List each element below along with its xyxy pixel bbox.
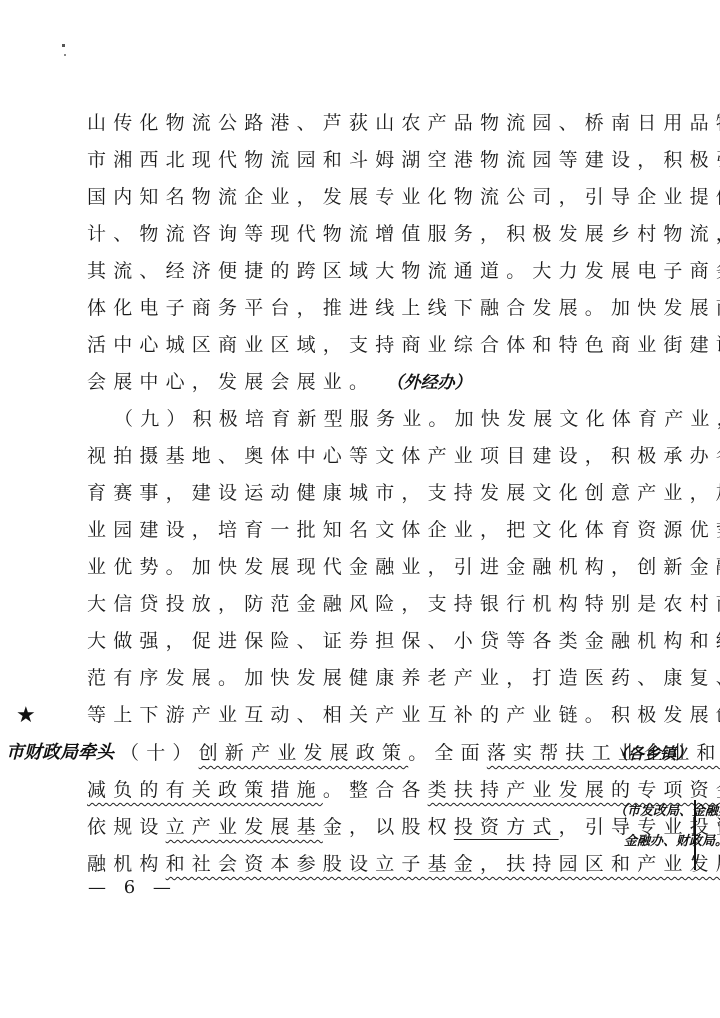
- text-segment: 。整合各: [323, 779, 428, 801]
- text-line: 视拍摄基地、奥体中心等文体产业项目建设，积极承办各类重大体: [87, 444, 632, 468]
- underlined-text: 类扶持产业发展的专项资金: [428, 779, 720, 801]
- text-line: 会展中心，发展会展业。 （外经办）: [87, 370, 473, 395]
- section-10-line-4: 融机构和社会资本参股设立子基金，扶持园区和产业发展。构建: [87, 852, 632, 876]
- text-line: 市湘西北现代物流园和斗姆湖空港物流园等建设，积极引进国际: [87, 148, 632, 172]
- underlined-text: 减负的有关政策措施: [87, 779, 323, 801]
- star-mark-icon: ★: [16, 703, 36, 728]
- section-heading-line: （九）积极培育新型服务业。加快发展文化体育产业，推进影: [114, 407, 632, 431]
- text-line: 大做强，促进保险、证券担保、小贷等各类金融机构和组织依法规: [87, 629, 632, 653]
- text-segment: 会展中心，发展会展业。: [87, 371, 375, 393]
- text-line: 其流、经济便捷的跨区域大物流通道。大力发展电子商务，建设一: [87, 259, 632, 283]
- section-10-line-3: 依规设立产业发展基金，以股权投资方式，引导专业投资机构、金: [87, 815, 632, 839]
- text-line: 育赛事，建设运动健康城市，支持发展文化创意产业，加快文化产: [87, 481, 632, 505]
- underlined-text: 和社会资本参股设立子基金，扶持园区和产业发展: [166, 853, 720, 875]
- text-line: 等上下游产业互动、相关产业互补的产业链。积极发展创意设计、: [87, 703, 632, 727]
- text-segment: 。全面: [408, 742, 487, 764]
- handwritten-note: （外经办）: [386, 373, 471, 393]
- handwritten-note: （市发改局、金融办: [614, 800, 720, 819]
- text-segment: 金，以股权: [323, 816, 454, 838]
- section-10-line-2: 减负的有关政策措施。整合各类扶持产业发展的专项资金，依法: [87, 778, 632, 802]
- text-segment: （十）: [120, 742, 199, 764]
- text-line: 大信贷投放，防范金融风险，支持银行机构特别是农村商业银行做: [87, 592, 632, 616]
- underlined-text: 投资方式: [454, 816, 559, 838]
- handwritten-note: 金融办、财政局。）: [624, 830, 720, 849]
- text-line: 计、物流咨询等现代物流增值服务，积极发展乡村物流，形成物畅: [87, 222, 632, 246]
- scan-mark: [64, 54, 66, 56]
- text-line: 范有序发展。加快发展健康养老产业，打造医药、康复、护理、保健: [87, 666, 632, 690]
- text-line: 业园建设，培育一批知名文体企业，把文化体育资源优势转化为产: [87, 518, 632, 542]
- section-10-line-1: （十）创新产业发展政策。全面落实帮扶工业企业和企业降费: [120, 741, 638, 765]
- underlined-text: 立产业发展基: [166, 816, 323, 838]
- text-line: 业优势。加快发展现代金融业，引进金融机构，创新金融产品，扩: [87, 555, 632, 579]
- section-heading: 创新产业发展政策: [199, 742, 409, 764]
- text-line: 山传化物流公路港、芦荻山农产品物流园、桥南日用品物流园、鼎: [87, 111, 632, 135]
- text-line: 国内知名物流企业，发展专业化物流公司，引导企业提供物流设: [87, 185, 632, 209]
- page-number: — 6 —: [88, 877, 177, 898]
- handwritten-margin-note: 市财政局牵头: [6, 738, 114, 764]
- text-segment: 依规设: [87, 816, 166, 838]
- text-segment: 融机构: [87, 853, 166, 875]
- text-line: 活中心城区商业区域，支持商业综合体和特色商业街建设。建设: [87, 333, 632, 357]
- text-line: 体化电子商务平台，推进线上线下融合发展。加快发展商贸业，激: [87, 296, 632, 320]
- handwritten-note: （各乡镇）: [612, 741, 692, 764]
- scan-mark: [62, 44, 65, 47]
- document-page: 山传化物流公路港、芦荻山农产品物流园、桥南日用品物流园、鼎 市湘西北现代物流园和…: [0, 0, 720, 1018]
